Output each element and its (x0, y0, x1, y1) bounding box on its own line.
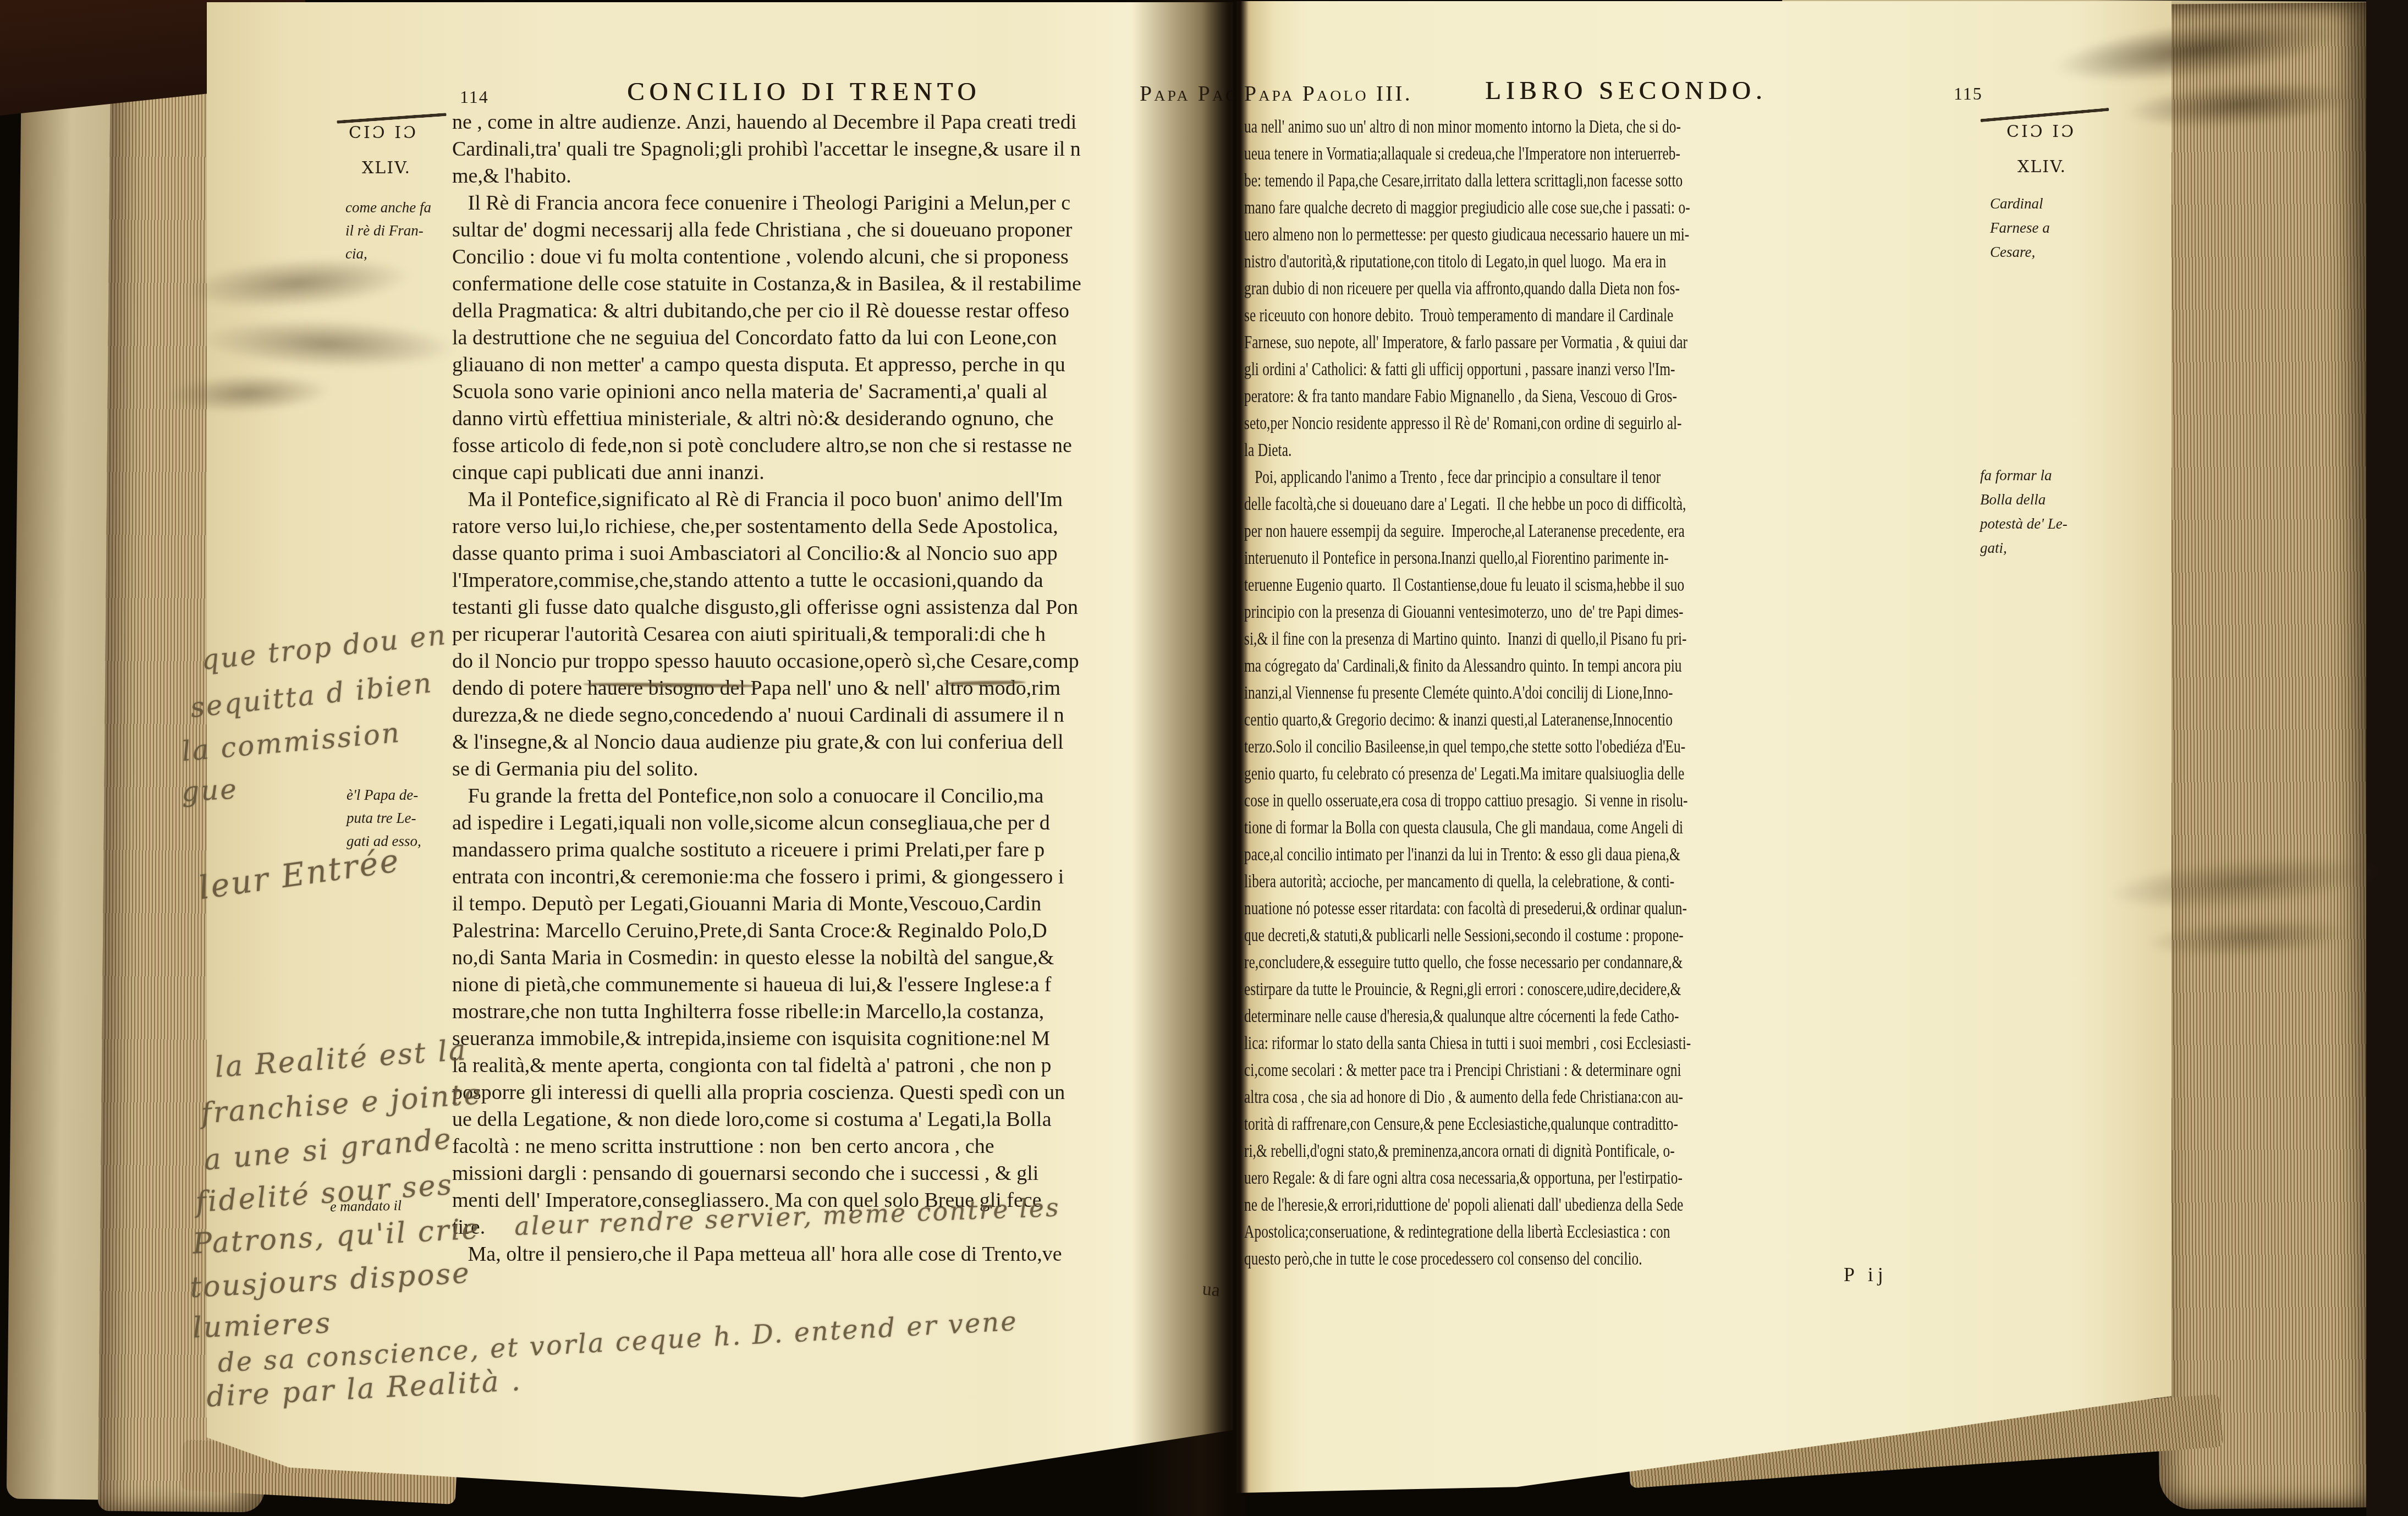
body-text-line: ri,& rebelli,d'ogni stato,& preminenza,a… (1244, 1138, 1799, 1165)
body-text-line: Il Rè di Francia ancora fece conuenire i… (452, 190, 1226, 217)
body-text-line: dasse quanto prima i suoi Ambasciatori a… (452, 540, 1226, 567)
body-text-line: genio quarto, fu celebrato có presenza d… (1244, 760, 1799, 787)
body-text-line: la realità,& mente aperta, congionta con… (452, 1052, 1226, 1079)
cut-text-fragment: ua (1201, 1278, 1221, 1301)
body-text-line: delle facoltà,che si doueuano dare a' Le… (1244, 491, 1799, 518)
body-text-line: peratore: & fra tanto mandare Fabio Mign… (1244, 383, 1799, 410)
body-text-line: confermatione delle cose statuite in Cos… (452, 271, 1226, 298)
body-text-line: Apostolica;conseruatione, & redintegrati… (1244, 1218, 1799, 1245)
body-text-line: estirpare da tutte le Prouincie, & Regni… (1244, 976, 1799, 1003)
body-text-line: uero Regale: & di fare ogni altra cosa n… (1244, 1165, 1799, 1191)
margin-note-bolla: fa formar la Bolla della potestà de' Le-… (1980, 463, 2068, 560)
body-text-line: Fu grande la fretta del Pontefice,non so… (452, 783, 1226, 810)
body-text-line: ratore verso lui,lo richiese, che,per so… (452, 513, 1226, 540)
book-cover-right (2366, 0, 2408, 1516)
body-text-line: sultar de' dogmi necessarij alla fede Ch… (452, 217, 1226, 244)
body-text-line: re,concludere,& esseguire tutto quello, … (1244, 949, 1799, 976)
handwritten-bottom-note: lumieres (192, 1307, 332, 1345)
body-text-line: durezza,& ne diede segno,concedendo a' n… (452, 702, 1226, 729)
body-text-line: inanzi,al Viennense fu presente Cleméte … (1244, 679, 1799, 706)
body-text-line: Cardinali,tra' quali tre Spagnoli;gli pr… (452, 136, 1226, 163)
body-text-line: danno virtù effettiua ministeriale, & al… (452, 405, 1226, 432)
body-text-line: Farnese, suo nepote, all' Imperatore, & … (1244, 329, 1799, 356)
body-text-line: mandassero prima qualche sostituto a ric… (452, 837, 1226, 864)
right-page-body: ua nell' animo suo un' altro di non mino… (1244, 113, 1799, 1290)
body-text-line: ad ispedire i Legati,iquali non volle,si… (452, 810, 1226, 837)
body-text-line: posporre gli interessi di quelli alla pr… (452, 1079, 1226, 1106)
body-text-line: ma cógregato da' Cardinali,& finito da A… (1244, 652, 1799, 679)
body-text-line: ue della Legatione, & non diede loro,com… (452, 1106, 1226, 1133)
year-note-left-line2: XLIV. (362, 158, 411, 178)
body-text-line: me,& l'habito. (452, 163, 1226, 190)
body-text-line: seto,per Noncio residente appresso il Rè… (1244, 410, 1799, 437)
body-text-line: terzo.Solo il concilio Basileense,in que… (1244, 733, 1799, 760)
body-text-line: questo però,che in tutte le cose procede… (1244, 1245, 1799, 1272)
ink-smudge (164, 371, 331, 415)
body-text-line: Palestrina: Marcello Ceruino,Prete,di Sa… (452, 918, 1226, 944)
body-text-line: ne , come in altre audienze. Anzi, hauen… (452, 109, 1226, 136)
body-text-line: gliauano di non metter' a campo questa d… (452, 351, 1226, 378)
body-text-line: ci,come secolari : & metter pace tra i P… (1244, 1057, 1799, 1084)
body-text-line: testanti gli fusse dato qualche disgusto… (452, 594, 1226, 621)
body-text-line: do il Noncio pur troppo spesso hauuto oc… (452, 648, 1226, 675)
body-text-line: la destruttione che ne seguiua del Conco… (452, 325, 1226, 351)
body-text-line: nistro d'autorità,& riputatione,con tito… (1244, 248, 1799, 275)
body-text-line: per ricuperar l'autorità Cesarea con aiu… (452, 621, 1226, 648)
margin-note-francia: come anche fa il rè di Fran- cia, (345, 196, 431, 265)
running-head-left: CONCILIO DI TRENTO (627, 77, 981, 107)
body-text-line: se di Germania piu del solito. (452, 756, 1226, 783)
body-text-line: tione di formar la Bolla con questa clau… (1244, 814, 1799, 841)
running-head-right-papa: Papa Paolo III. (1244, 80, 1412, 106)
body-text-line: no,di Santa Maria in Cosmedin: in questo… (452, 944, 1226, 971)
handwritten-margin-note: gue (181, 773, 239, 808)
page-number-right: 115 (1954, 84, 1983, 104)
body-text-line: gran dubio di non riceuere per quella vi… (1244, 275, 1799, 302)
body-text-line: Scuola sono varie opinioni anco nella ma… (452, 378, 1226, 405)
body-text-line: Ma il Pontefice,significato al Rè di Fra… (452, 486, 1226, 513)
body-text-line: lica: riformar lo stato della santa Chie… (1244, 1030, 1799, 1057)
body-text-line: per non hauere essempij da seguire. Impe… (1244, 518, 1799, 545)
body-text-line: facoltà : ne meno scritta instruttione :… (452, 1133, 1226, 1160)
body-text-line: ne de l'heresie,& errori,riduttione de' … (1244, 1191, 1799, 1218)
body-text-line: libera autorità; accioche, per mancament… (1244, 868, 1799, 895)
body-text-line: centio quarto,& Gregorio decimo: & inanz… (1244, 706, 1799, 733)
year-note-right-line2: XLIV. (2017, 157, 2066, 177)
margin-note-legati: è'l Papa de- puta tre Le- gati ad esso, (347, 783, 421, 853)
body-text-line: gli ordini a' Catholici: & fatti gli uff… (1244, 356, 1799, 383)
body-text-line: nuatione nó potesse esser ritardata: con… (1244, 895, 1799, 922)
body-text-line: Concilio : doue vi fu molta contentione … (452, 244, 1226, 271)
body-text-line: cinque capi publicati due anni inanzi. (452, 459, 1226, 486)
body-text-line: mano fare qualche decreto di maggior pre… (1244, 194, 1799, 221)
body-text-line: mostrare,che non tutta Inghilterra fosse… (452, 998, 1226, 1025)
ink-smudge (197, 315, 458, 373)
margin-note-farnese: Cardinal Farnese a Cesare, (1990, 191, 2050, 264)
body-text-line: missioni dargli : pensando di gouernarsi… (452, 1160, 1226, 1187)
body-text-line: torità di raffrenare,con Censure,& pene … (1244, 1111, 1799, 1138)
body-text-line: se riceuuto con honore debito. Trouò tem… (1244, 302, 1799, 329)
body-text-line: interuenuto il Pontefice in persona.Inan… (1244, 545, 1799, 572)
body-text-line: & l'insegne,& al Noncio daua audienze pi… (452, 729, 1226, 756)
body-text-line: que decreti,& statuti,& publicarli nelle… (1244, 922, 1799, 949)
body-text-line: fosse articolo di fede,non si potè concl… (452, 432, 1226, 459)
body-text-line: la Dieta. (1244, 437, 1799, 464)
body-text-line: be: temendo il Papa,che Cesare,irritato … (1244, 167, 1799, 194)
year-note-right-line1: CIƆ IƆ (2006, 122, 2076, 141)
running-head-left-papa: Papa Paolo III (1140, 80, 1238, 106)
body-text-line: nione di pietà,che communemente si haueu… (452, 971, 1226, 998)
body-text-line: della Pragmatica: & altri dubitando,che … (452, 298, 1226, 325)
body-text-line: uero almeno non lo permettesse: per ques… (1244, 221, 1799, 248)
running-head-right: LIBRO SECONDO. (1485, 76, 1767, 106)
fore-edge-right (2144, 2, 2389, 1509)
body-text-line: determinare nelle cause d'heresia,& qual… (1244, 1003, 1799, 1030)
body-text-line: cose in quello osseruate,era cosa di tro… (1244, 787, 1799, 814)
body-text-line: ua nell' animo suo un' altro di non mino… (1244, 113, 1799, 140)
body-text-line: altra cosa , che sia ad honore di Dio , … (1244, 1084, 1799, 1111)
body-text-line: Poi, applicando l'animo a Trento , fece … (1244, 464, 1799, 491)
body-text-line: il tempo. Deputò per Legati,Giouanni Mar… (452, 891, 1226, 918)
body-text-line: Ma, oltre il pensiero,che il Papa metteu… (452, 1241, 1226, 1268)
body-text-line: entrata con incontri,& ceremonie:ma che … (452, 864, 1226, 891)
body-text-line: pace,al concilio intimato per l'inanzi d… (1244, 841, 1799, 868)
left-page-body: ne , come in altre audienze. Anzi, hauen… (452, 109, 1226, 1286)
body-text-line: si,& il fine con la presenza di Martino … (1244, 625, 1799, 652)
body-text-line: teruenne Eugenio quarto. Il Costantiense… (1244, 572, 1799, 598)
signature-mark: P ij (1844, 1263, 1888, 1286)
body-text-line: dendo di potere hauere bisogno del Papa … (452, 675, 1226, 702)
body-text-line: principio con la presenza di Giouanni ve… (1244, 598, 1799, 625)
page-number-left: 114 (460, 87, 489, 107)
body-text-line: l'Imperatore,commise,che,stando attento … (452, 567, 1226, 594)
open-book-photo: 114 CONCILIO DI TRENTO Papa Paolo III CI… (0, 0, 2408, 1516)
body-text-line: ueua tenere in Vormatia;allaquale si cre… (1244, 140, 1799, 167)
year-note-left-line1: CIƆ IƆ (349, 123, 418, 142)
body-text-line: seueranza immobile,& intrepida,insieme c… (452, 1025, 1226, 1052)
